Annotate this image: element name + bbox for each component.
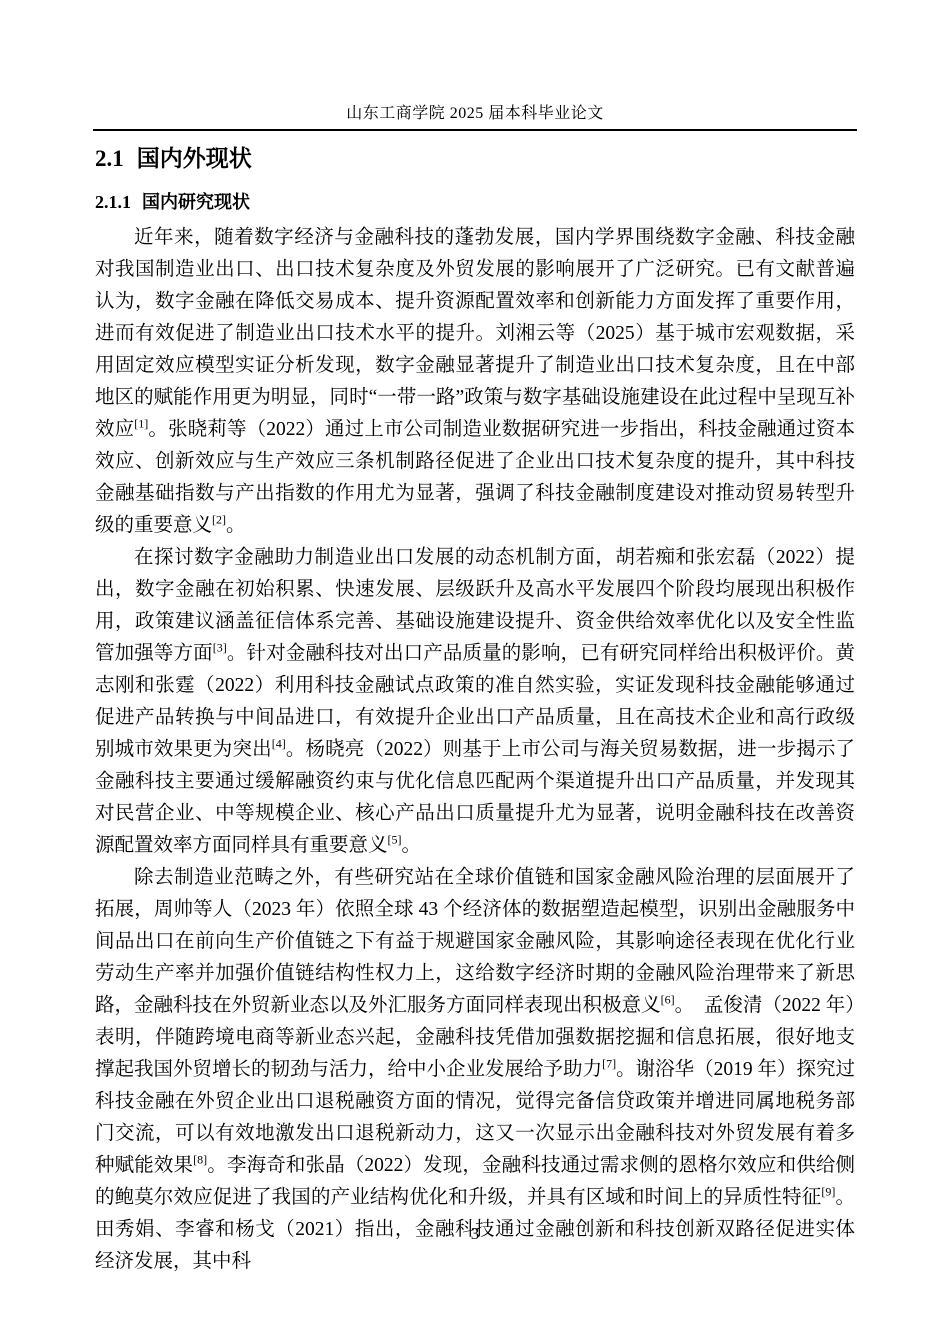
citation-ref: [9] <box>821 1185 835 1199</box>
citation-ref: [6] <box>661 993 675 1007</box>
thesis-page: 山东工商学院 2025 届本科毕业论文 2.1国内外现状 2.1.1国内研究现状… <box>0 0 950 1344</box>
citation-ref: [5] <box>388 833 402 847</box>
body-paragraph: 近年来，随着数字经济与金融科技的蓬勃发展，国内学界围绕数字金融、科技金融对我国制… <box>95 222 855 542</box>
citation-ref: [1] <box>134 417 148 431</box>
body-paragraph: 除去制造业范畴之外，有些研究站在全球价值链和国家金融风险治理的层面展开了拓展，周… <box>95 862 855 1278</box>
subsection-heading: 2.1.1国内研究现状 <box>95 189 855 215</box>
citation-ref: [3] <box>213 641 227 655</box>
citation-ref: [4] <box>272 737 286 751</box>
citation-ref: [8] <box>193 1153 207 1167</box>
citation-ref: [7] <box>602 1057 616 1071</box>
content-area: 2.1国内外现状 2.1.1国内研究现状 近年来，随着数字经济与金融科技的蓬勃发… <box>95 136 855 1278</box>
section-heading: 2.1国内外现状 <box>95 142 855 176</box>
section-number: 2.1 <box>95 146 124 171</box>
page-number: 3 <box>95 1222 855 1246</box>
running-header: 山东工商学院 2025 届本科毕业论文 <box>95 103 855 125</box>
section-title: 国内外现状 <box>137 146 252 171</box>
subsection-number: 2.1.1 <box>95 192 131 212</box>
subsection-title: 国内研究现状 <box>142 192 250 212</box>
citation-ref: [2] <box>212 513 226 527</box>
body-paragraph: 在探讨数字金融助力制造业出口发展的动态机制方面，胡若痴和张宏磊（2022）提出，… <box>95 542 855 862</box>
header-rule <box>93 129 857 131</box>
